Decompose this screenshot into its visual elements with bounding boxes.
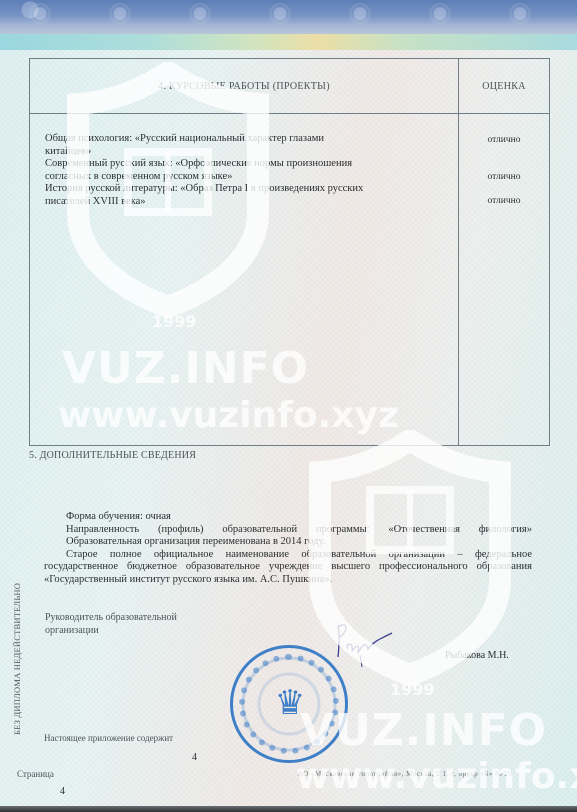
info-line: Образовательная организация переименован… [44,536,532,549]
table-row: Общая психология: «Русский национальный … [45,133,450,158]
watermark-brand: VUZ.INFO [62,343,309,394]
coursework-list: Общая психология: «Русский национальный … [45,133,450,208]
page-label: Страница [17,769,54,779]
rosette-ornament [0,0,577,34]
table-row: История русской литературы: «Образ Петра… [45,183,450,208]
watermark-year: 1999 [152,312,197,331]
info-line: «Государственный институт русского языка… [44,574,532,587]
info-line: Направленность (профиль) образовательной… [44,524,532,537]
watermark-url: www.vuzinfo.xyz [58,395,399,436]
head-of-organization-label: Руководитель образовательной организации [45,612,177,637]
info-line: Форма обучения: очная [44,511,532,524]
info-line: государственное бюджетное образовательно… [44,561,532,574]
header-coursework: 4. КУРСОВЫЕ РАБОТЫ (ПРОЕКТЫ) [30,59,458,113]
column-divider [458,59,459,445]
contains-pages: 4 [192,752,197,763]
rainbow-band [0,34,577,50]
side-note-vertical: БЕЗ ДИПЛОМА НЕДЕЙСТВИТЕЛЬНО [12,583,22,735]
table-header-row: 4. КУРСОВЫЕ РАБОТЫ (ПРОЕКТЫ) ОЦЕНКА [30,59,549,114]
work-title: Современный русский язык: «Орфоэпические… [45,158,450,171]
watermark-url: www.vuzinfo.xyz [296,756,577,797]
signature-icon [330,615,400,675]
page-number: 4 [60,786,65,797]
scan-bottom-edge [0,806,577,812]
watermark-year: 1999 [390,680,435,699]
head-label-line1: Руководитель образовательной [45,612,177,625]
grade-cell: отлично [459,196,549,206]
work-title: Общая психология: «Русский национальный … [45,133,450,146]
head-name: Рыбакова М.Н. [445,650,509,661]
work-title: История русской литературы: «Образ Петра… [45,183,450,196]
table-row: Современный русский язык: «Орфоэпические… [45,158,450,183]
grade-cell: отлично [459,135,549,145]
additional-info: Форма обучения: очная Направленность (пр… [44,511,532,586]
info-line: Старое полное официальное наименование о… [44,549,532,562]
work-title-cont: китайцев» [45,146,450,159]
contains-label: Настоящее приложение содержит [44,733,173,743]
head-label-line2: организации [45,625,177,638]
grade-cell: отлично [459,172,549,182]
watermark-brand: VUZ.INFO [300,705,547,756]
header-grade: ОЦЕНКА [459,59,549,113]
guilloche-top-band [0,0,577,34]
work-title-cont: писателей XVIII века» [45,196,450,209]
section-title-additional: 5. ДОПОЛНИТЕЛЬНЫЕ СВЕДЕНИЯ [29,450,196,461]
work-title-cont: согласных в современном русском языке» [45,171,450,184]
